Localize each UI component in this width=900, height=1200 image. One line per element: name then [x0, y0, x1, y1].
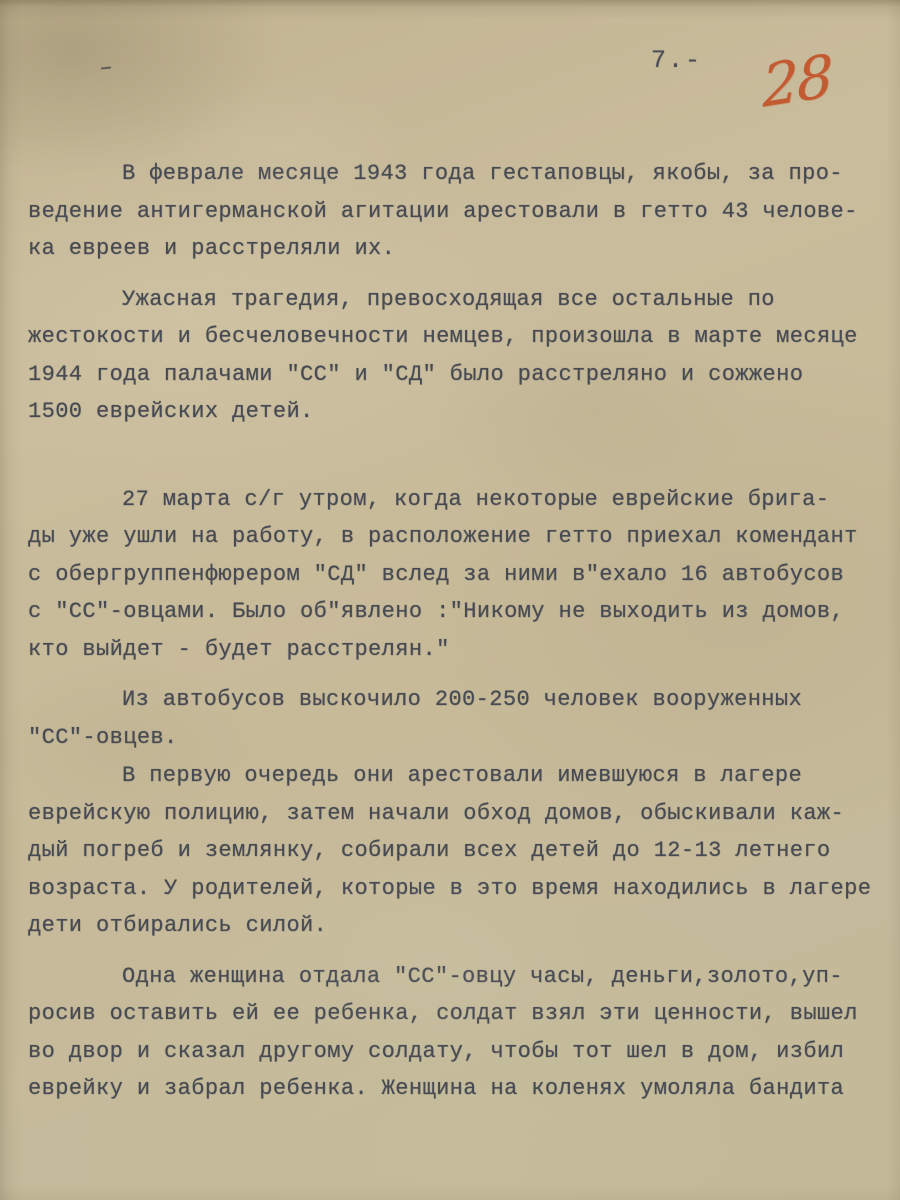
- text-line: жестокости и бесчеловечности немцев, про…: [28, 318, 890, 356]
- text-line: кто выйдет - будет расстрелян.": [28, 631, 890, 669]
- text-line: 1500 еврейских детей.: [28, 393, 890, 431]
- text-line: В первую очередь они арестовали имевшуюс…: [28, 757, 890, 795]
- text-line: 27 марта с/г утром, когда некоторые евре…: [28, 481, 890, 519]
- paragraph: 27 марта с/г утром, когда некоторые евре…: [28, 481, 890, 669]
- text-line: В феврале месяце 1943 года гестаповцы, я…: [28, 155, 890, 193]
- text-line: дети отбирались силой.: [28, 907, 890, 945]
- text-line: 1944 года палачами "СС" и "СД" было расс…: [28, 356, 890, 394]
- text-line: возраста. У родителей, которые в это вре…: [28, 870, 890, 908]
- handwritten-annotation: 28: [762, 46, 832, 115]
- stray-mark: [101, 66, 111, 69]
- text-line: "СС"-овцев.: [28, 719, 890, 757]
- paragraph: Ужасная трагедия, превосходящая все оста…: [28, 281, 890, 431]
- document-page: 7.- 28 В феврале месяце 1943 года гестап…: [0, 0, 900, 1200]
- paragraph: Из автобусов выскочило 200-250 человек в…: [28, 681, 890, 756]
- typewritten-text: В феврале месяце 1943 года гестаповцы, я…: [28, 142, 890, 1108]
- text-line: росив оставить ей ее ребенка, солдат взя…: [28, 995, 890, 1033]
- text-line: Одна женщина отдала "СС"-овцу часы, день…: [28, 958, 890, 996]
- paragraph: В первую очередь они арестовали имевшуюс…: [28, 757, 890, 945]
- text-line: ды уже ушли на работу, в расположение ге…: [28, 518, 890, 556]
- text-line: дый погреб и землянку, собирали всех дет…: [28, 832, 890, 870]
- page-number: 7.-: [651, 46, 702, 75]
- text-line: еврейскую полицию, затем начали обход до…: [28, 795, 890, 833]
- text-line: с "СС"-овцами. Было об"явлено :"Никому н…: [28, 593, 890, 631]
- text-line: ка евреев и расстреляли их.: [28, 230, 890, 268]
- text-line: Ужасная трагедия, превосходящая все оста…: [28, 281, 890, 319]
- text-line: во двор и сказал другому солдату, чтобы …: [28, 1033, 890, 1071]
- text-line: с обергруппенфюрером "СД" вслед за ними …: [28, 556, 890, 594]
- text-line: Из автобусов выскочило 200-250 человек в…: [28, 681, 890, 719]
- text-line: еврейку и забрал ребенка. Женщина на кол…: [28, 1070, 890, 1108]
- paragraph: В феврале месяце 1943 года гестаповцы, я…: [28, 155, 890, 268]
- text-line: ведение антигерманской агитации арестова…: [28, 193, 890, 231]
- paragraph: Одна женщина отдала "СС"-овцу часы, день…: [28, 958, 890, 1108]
